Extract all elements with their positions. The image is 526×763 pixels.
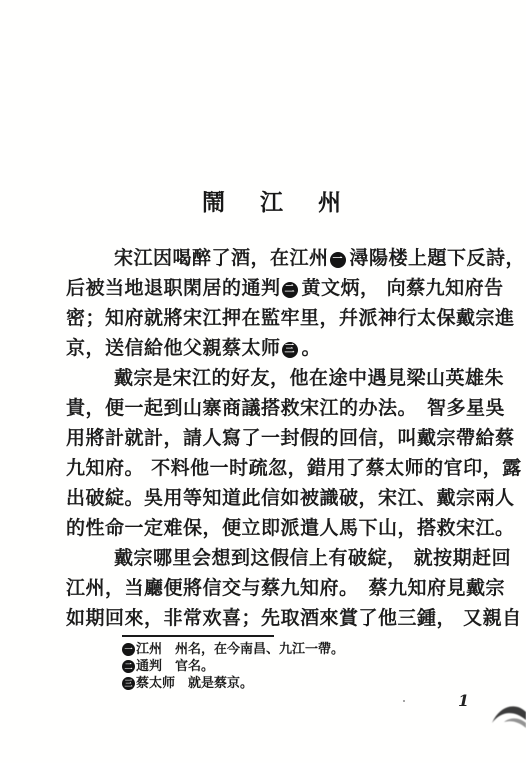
scan-speck [403, 700, 405, 702]
footnote-ref-2-icon: 二 [282, 282, 298, 298]
text-line: 如期回來，非常欢喜；先取酒來賞了他三鍾， 又親自 [66, 603, 466, 633]
text-line: 戴宗哪里会想到这假信上有破綻， 就按期赶回 [66, 543, 466, 573]
text-line: 的性命一定难保，便立即派遣人馬下山，搭救宋江。 [66, 513, 466, 543]
footnote-definition: 就是蔡京。 [188, 676, 253, 691]
text-segment: 。 [302, 337, 322, 359]
footnote-marker-3-icon: 三 [122, 677, 135, 690]
footnotes-block: 一江州州名，在今南昌、九江一帶。 二通判官名。 三蔡太师就是蔡京。 [122, 635, 344, 692]
text-segment: 如期回來，非常欢喜；先取酒來賞了他三鍾， 又親自 [66, 607, 522, 629]
text-segment: 的性命一定难保，便立即派遣人馬下山，搭救宋江。 [66, 517, 515, 539]
text-line: 京，送信給他父親蔡太师三。 [66, 333, 466, 363]
text-segment: 潯陽楼上題下反詩， [350, 247, 526, 269]
footnote-term: 蔡太师 [136, 676, 175, 691]
text-line: 用將計就計，請人寫了一封假的回信，叫戴宗帶給蔡 [66, 423, 466, 453]
chapter-title: 鬧 江 州 [202, 184, 347, 217]
footnote-term: 通判 [136, 659, 162, 674]
footnote: 一江州州名，在今南昌、九江一帶。 [122, 641, 344, 658]
text-segment: 貴，便一起到山寨商議搭救宋江的办法。 智多星吳 [66, 397, 505, 419]
book-page: 鬧 江 州 宋江因喝醉了酒，在江州一潯陽楼上題下反詩， 后被当地退职閑居的通判二… [0, 0, 526, 763]
page-number: 1 [458, 691, 469, 710]
body-text: 宋江因喝醉了酒，在江州一潯陽楼上題下反詩， 后被当地退职閑居的通判二黄文炳， 向… [66, 243, 466, 633]
footnote: 二通判官名。 [122, 658, 344, 675]
text-segment: 九知府。 不料他一时疏忽，錯用了蔡太师的官印，露 [66, 457, 522, 479]
footnote-marker-2-icon: 二 [122, 660, 135, 673]
footnote-ref-3-icon: 三 [282, 342, 298, 358]
footnote-divider [122, 635, 274, 637]
scan-smudge-artifact [486, 701, 526, 739]
text-segment: 密；知府就將宋江押在監牢里，幷派神行太保戴宗進 [66, 307, 515, 329]
footnote-definition: 州名，在今南昌、九江一帶。 [175, 642, 344, 657]
text-line: 宋江因喝醉了酒，在江州一潯陽楼上題下反詩， [66, 243, 466, 273]
text-segment: 戴宗哪里会想到这假信上有破綻， 就按期赶回 [114, 547, 511, 569]
footnote: 三蔡太师就是蔡京。 [122, 675, 344, 692]
text-segment: 用將計就計，請人寫了一封假的回信，叫戴宗帶給蔡 [66, 427, 515, 449]
text-line: 江州，当廳便將信交与蔡九知府。 蔡九知府見戴宗 [66, 573, 466, 603]
text-line: 出破綻。吳用等知道此信如被識破，宋江、戴宗兩人 [66, 483, 466, 513]
text-segment: 黄文炳， 向蔡九知府告 [302, 277, 504, 299]
text-segment: 出破綻。吳用等知道此信如被識破，宋江、戴宗兩人 [66, 487, 515, 509]
text-segment: 后被当地退职閑居的通判 [66, 277, 281, 299]
footnote-ref-1-icon: 一 [330, 252, 346, 268]
text-segment: 江州，当廳便將信交与蔡九知府。 蔡九知府見戴宗 [66, 577, 505, 599]
text-segment: 宋江因喝醉了酒，在江州 [114, 247, 329, 269]
text-segment: 京，送信給他父親蔡太师 [66, 337, 281, 359]
footnote-marker-1-icon: 一 [122, 643, 135, 656]
footnote-term: 江州 [136, 642, 162, 657]
footnote-definition: 官名。 [175, 659, 214, 674]
text-segment: 戴宗是宋江的好友，他在途中遇見梁山英雄朱 [114, 367, 504, 389]
text-line: 密；知府就將宋江押在監牢里，幷派神行太保戴宗進 [66, 303, 466, 333]
text-line: 戴宗是宋江的好友，他在途中遇見梁山英雄朱 [66, 363, 466, 393]
text-line: 九知府。 不料他一时疏忽，錯用了蔡太师的官印，露 [66, 453, 466, 483]
text-line: 后被当地退职閑居的通判二黄文炳， 向蔡九知府告 [66, 273, 466, 303]
text-line: 貴，便一起到山寨商議搭救宋江的办法。 智多星吳 [66, 393, 466, 423]
